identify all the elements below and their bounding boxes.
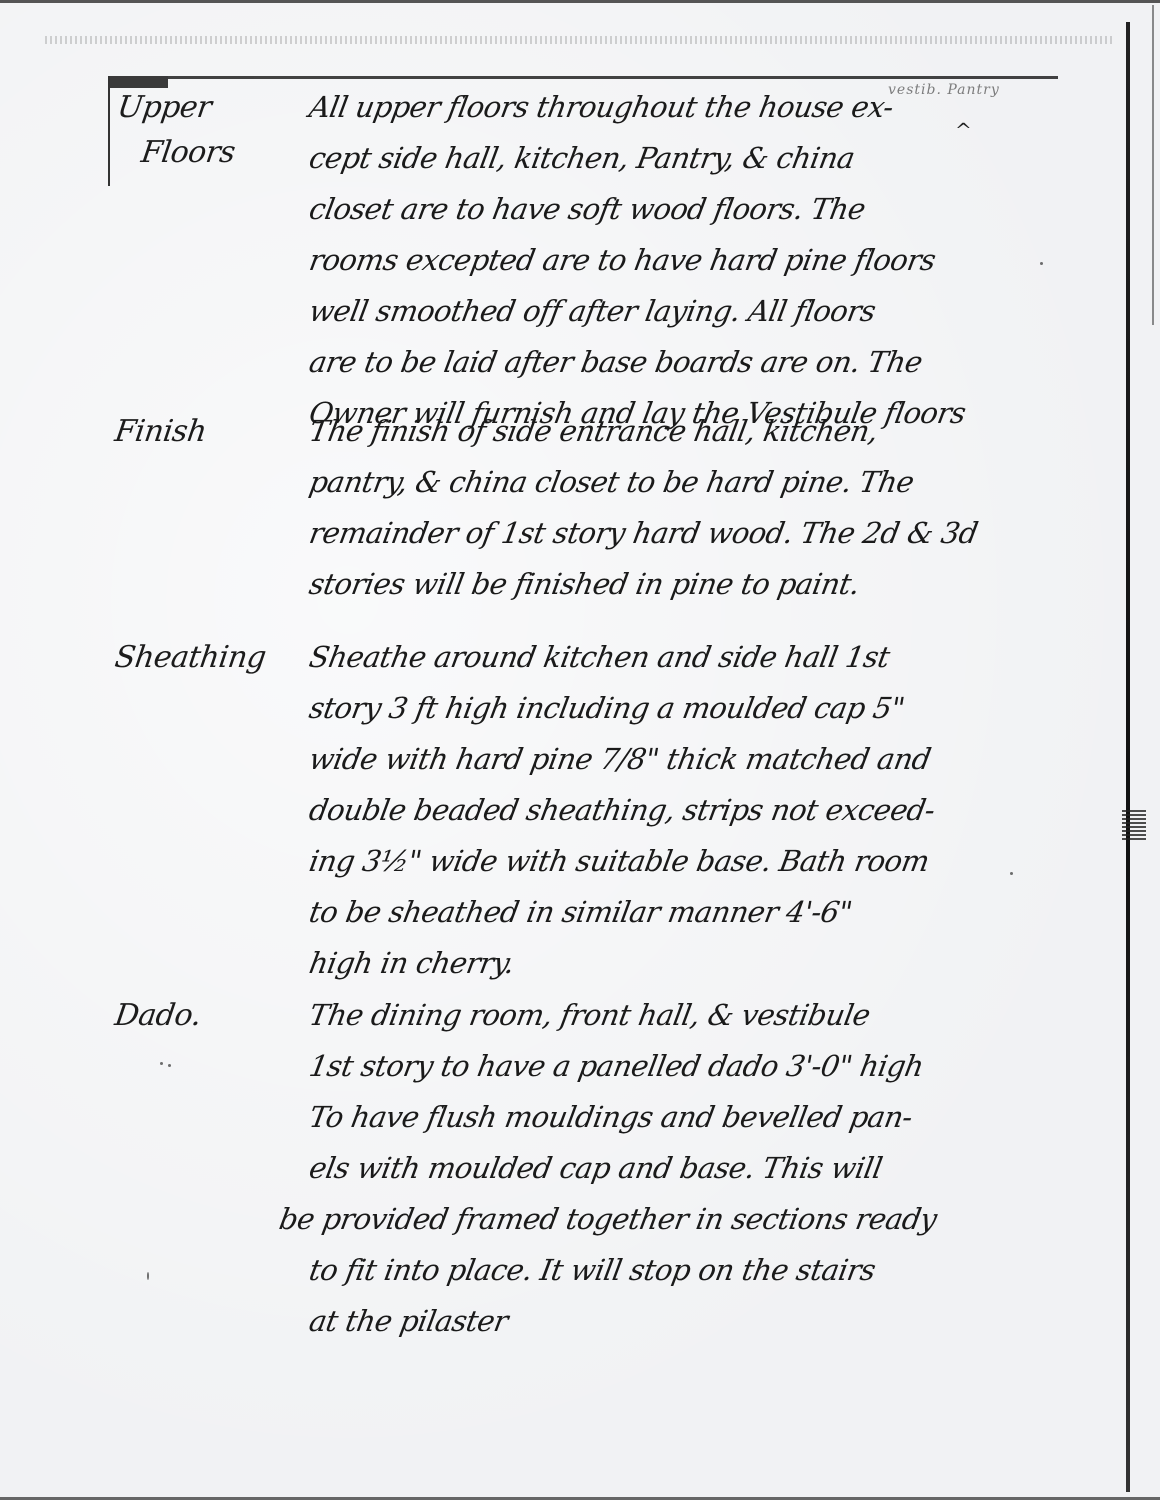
right-margin-rule <box>1126 22 1130 1492</box>
text-line: are to be laid after base boards are on.… <box>305 337 1054 388</box>
ink-speck <box>160 1062 163 1065</box>
text-line: stories will be finished in pine to pain… <box>305 559 1054 610</box>
scanned-page: vestib. Pantry ^ Upper Floors All upper … <box>0 0 1160 1500</box>
text-line: high in cherry. <box>305 938 1054 989</box>
heading-line: Dado. <box>113 998 204 1033</box>
text-line: rooms excepted are to have hard pine flo… <box>305 235 1054 286</box>
text-line: well smoothed off after laying. All floo… <box>305 286 1054 337</box>
heading-line: Finish <box>113 414 209 449</box>
scan-noise-band <box>45 36 1115 44</box>
text-line: pantry, & china closet to be hard pine. … <box>305 457 1054 508</box>
text-line: remainder of 1st story hard wood. The 2d… <box>305 508 1054 559</box>
section-body: All upper floors throughout the house ex… <box>305 82 1045 439</box>
text-line: ing 3½" wide with suitable base. Bath ro… <box>305 836 1054 887</box>
section-heading: Upper Floors <box>109 82 302 172</box>
right-edge-line <box>1152 5 1154 325</box>
text-line: cept side hall, kitchen, Pantry, & china <box>305 133 1054 184</box>
section-heading: Sheathing <box>111 632 298 684</box>
section-body: The finish of side entrance hall, kitche… <box>305 406 1045 610</box>
text-line: story 3 ft high including a moulded cap … <box>305 683 1054 734</box>
ink-speck <box>168 1064 171 1067</box>
section-body: The dining room, front hall, & vestibule… <box>305 990 1045 1347</box>
heading-line: Floors <box>109 134 294 172</box>
text-line: els with moulded cap and base. This will <box>305 1143 1054 1194</box>
frame-top-rule <box>108 76 1058 79</box>
ink-blot <box>1122 810 1146 840</box>
text-line: wide with hard pine 7/8" thick matched a… <box>305 734 1054 785</box>
ink-speck <box>1010 872 1013 875</box>
text-line: Sheathe around kitchen and side hall 1st <box>305 632 1054 683</box>
text-line: The dining room, front hall, & vestibule <box>305 990 1054 1041</box>
text-line: 1st story to have a panelled dado 3'-0" … <box>305 1041 1054 1092</box>
text-line: To have flush mouldings and bevelled pan… <box>305 1092 1054 1143</box>
section-heading: Finish <box>111 406 298 458</box>
text-line: All upper floors throughout the house ex… <box>305 82 1054 133</box>
text-line: The finish of side entrance hall, kitche… <box>305 406 1054 457</box>
text-line: to fit into place. It will stop on the s… <box>305 1245 1054 1296</box>
text-line: to be sheathed in similar manner 4'-6" <box>305 887 1054 938</box>
heading-line: Sheathing <box>113 640 268 675</box>
section-body: Sheathe around kitchen and side hall 1st… <box>305 632 1045 989</box>
text-line: at the pilaster <box>305 1296 1054 1347</box>
text-line: double beaded sheathing, strips not exce… <box>305 785 1054 836</box>
text-line: closet are to have soft wood floors. The <box>305 184 1054 235</box>
heading-line: Upper <box>115 90 213 125</box>
section-heading: Dado. <box>111 990 298 1042</box>
ink-speck <box>1040 262 1043 265</box>
page-top-edge <box>0 0 1160 3</box>
text-line: be provided framed together in sections … <box>275 1194 1054 1245</box>
ink-speck <box>147 1272 149 1280</box>
